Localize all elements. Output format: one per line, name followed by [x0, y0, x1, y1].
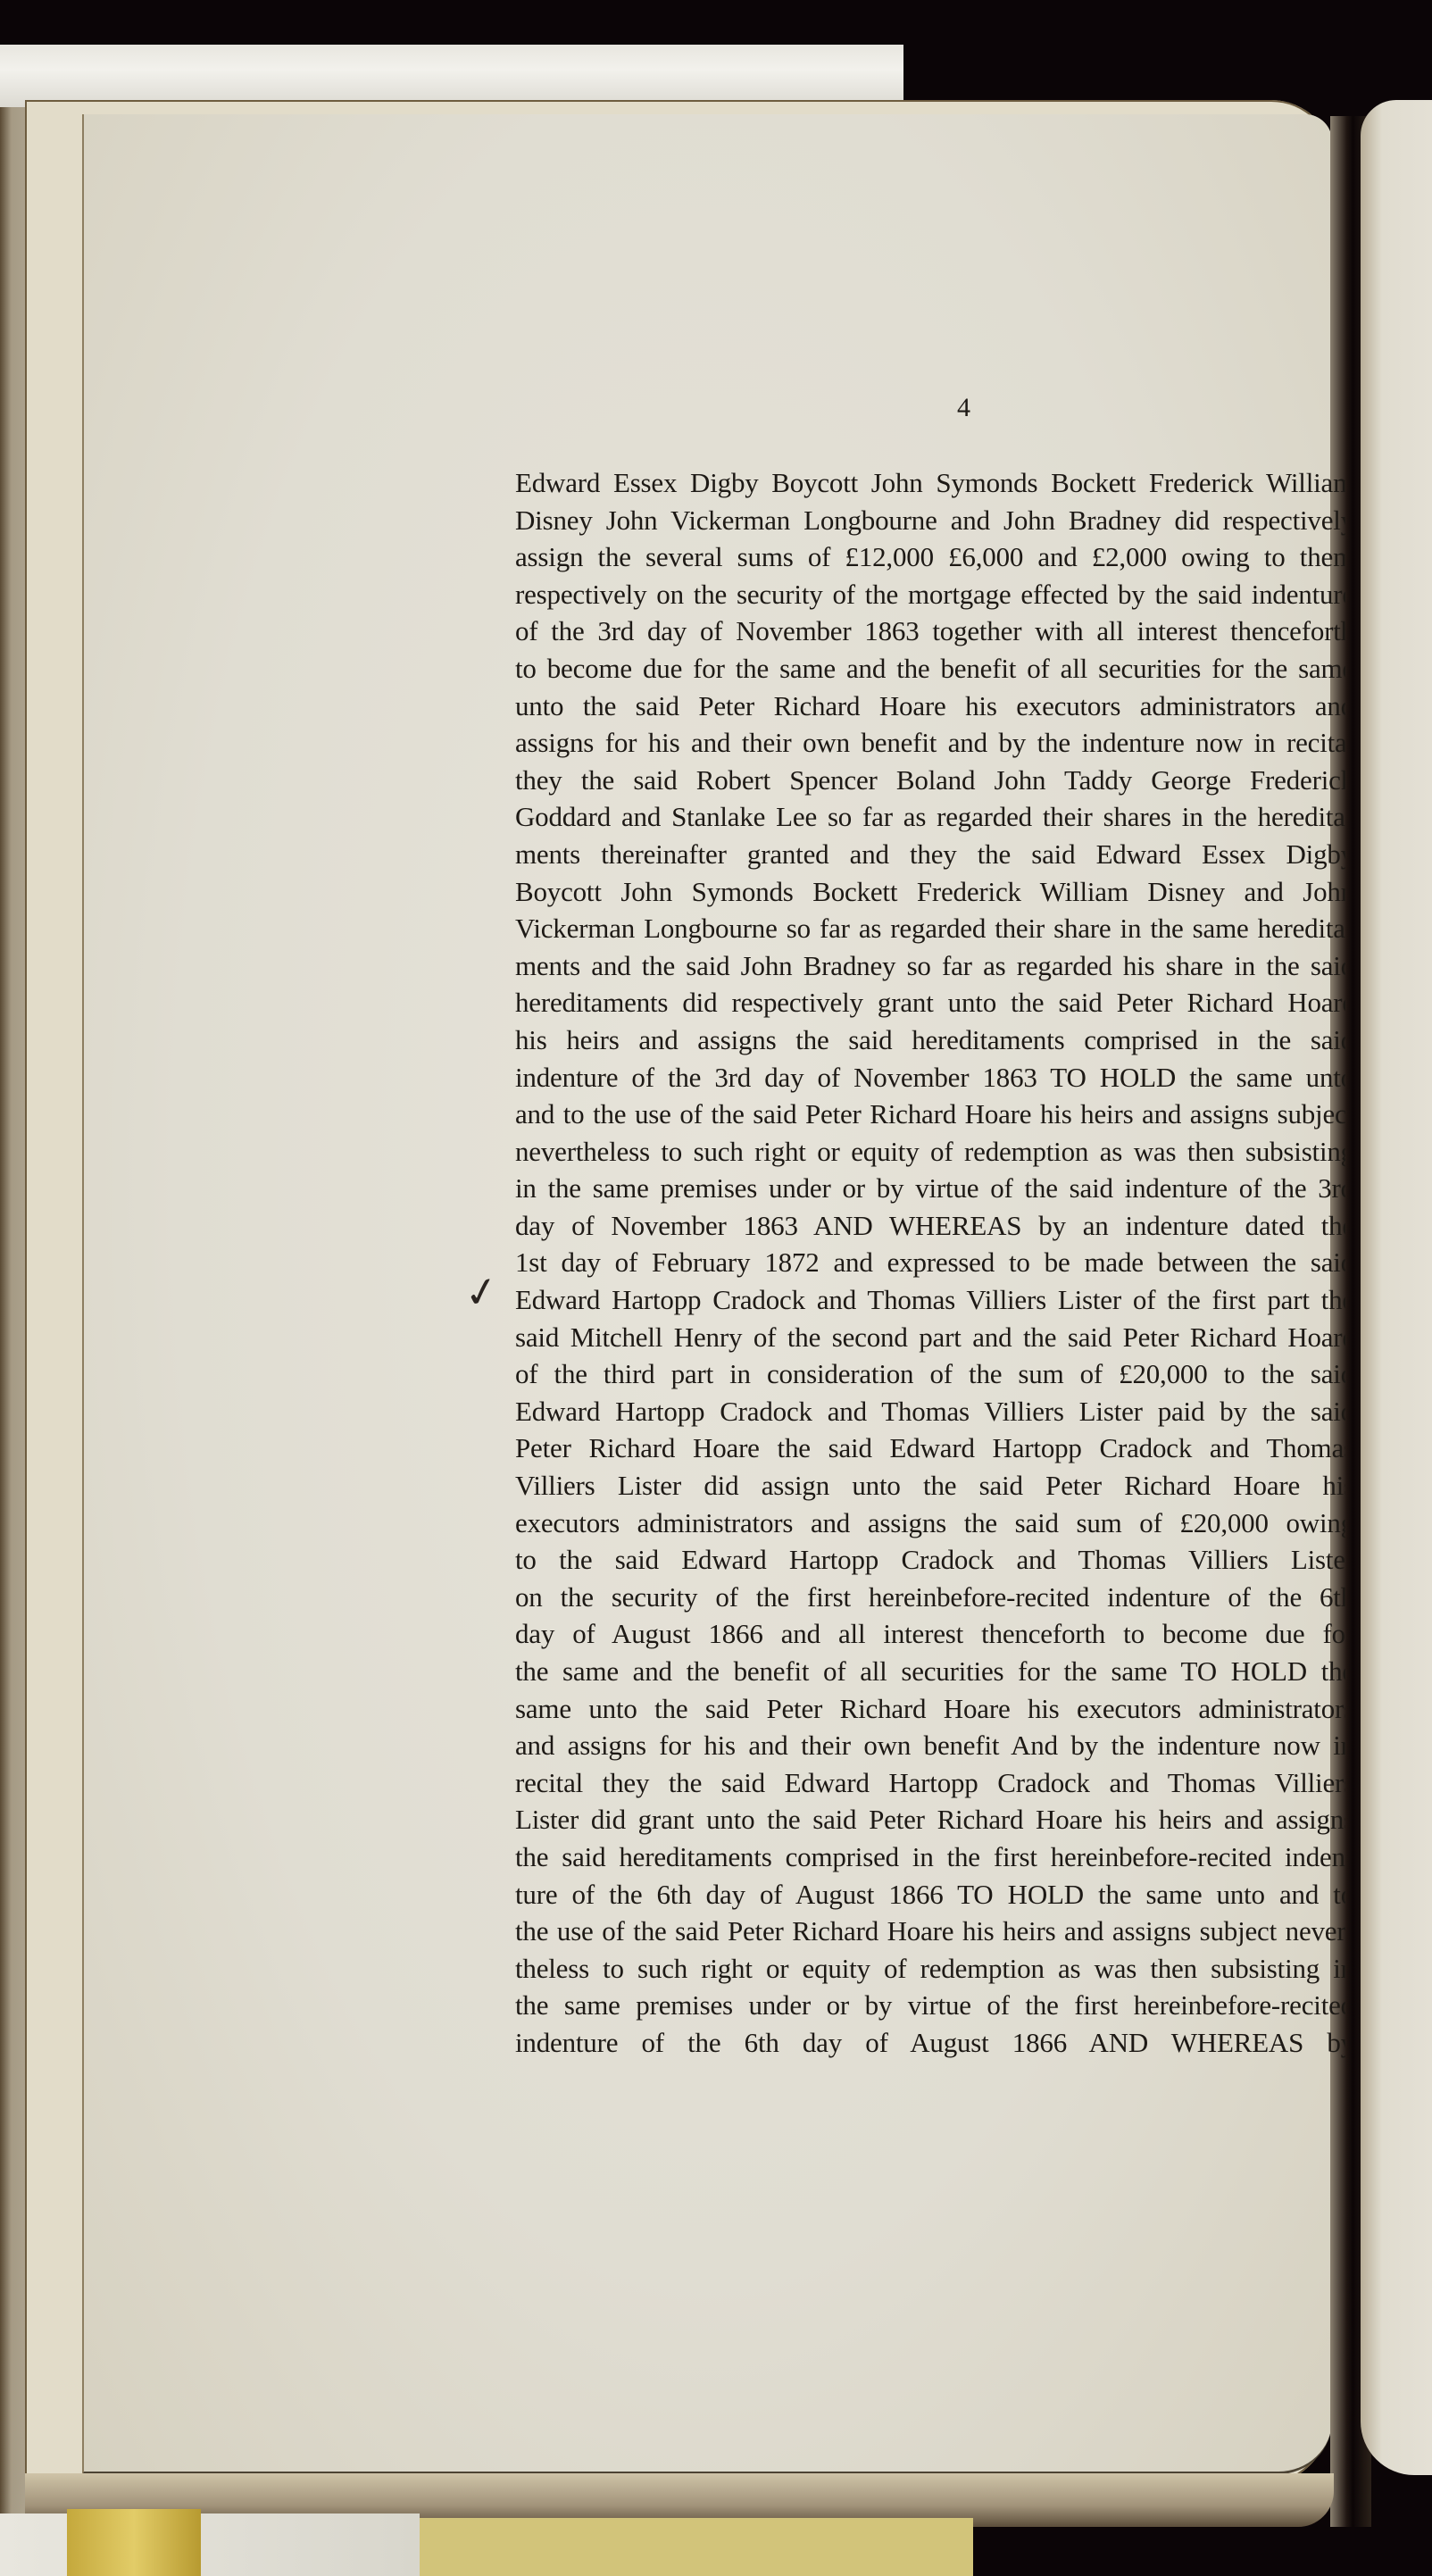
text-line: Boycott John Symonds Bockett Frederick W… — [515, 873, 1345, 911]
text-line: they the said Robert Spencer Boland John… — [515, 762, 1345, 799]
text-line: Edward Hartopp Cradock and Thomas Villie… — [515, 1393, 1345, 1430]
text-line: to the said Edward Hartopp Cradock and T… — [515, 1541, 1345, 1579]
text-line: the same and the benefit of all securiti… — [515, 1653, 1345, 1690]
text-line: of the third part in consideration of th… — [515, 1355, 1345, 1393]
text-line: his heirs and assigns the said hereditam… — [515, 1021, 1345, 1059]
text-line: nevertheless to such right or equity of … — [515, 1133, 1345, 1171]
text-line: of the 3rd day of November 1863 together… — [515, 613, 1345, 650]
text-line: indenture of the 3rd day of November 186… — [515, 1059, 1345, 1096]
text-line: ments thereinafter granted and they the … — [515, 836, 1345, 873]
text-line: the use of the said Peter Richard Hoare … — [515, 1913, 1345, 1950]
text-line: same unto the said Peter Richard Hoare h… — [515, 1690, 1345, 1728]
text-line: theless to such right or equity of redem… — [515, 1950, 1345, 1988]
text-line: respectively on the security of the mort… — [515, 576, 1345, 613]
text-line: Edward Essex Digby Boycott John Symonds … — [515, 464, 1345, 502]
text-line: and assigns for his and their own benefi… — [515, 1727, 1345, 1764]
text-line: hereditaments did respectively grant unt… — [515, 984, 1345, 1021]
text-line: day of November 1863 AND WHEREAS by an i… — [515, 1207, 1345, 1245]
text-line: Goddard and Stanlake Lee so far as regar… — [515, 798, 1345, 836]
text-line: Lister did grant unto the said Peter Ric… — [515, 1801, 1345, 1838]
text-line: 1st day of February 1872 and expressed t… — [515, 1244, 1345, 1281]
page-number: 4 — [957, 393, 970, 423]
text-line: Peter Richard Hoare the said Edward Hart… — [515, 1430, 1345, 1467]
text-line: in the same premises under or by virtue … — [515, 1170, 1345, 1207]
text-line: to become due for the same and the benef… — [515, 650, 1345, 688]
paper-slip-bottom — [0, 2513, 420, 2576]
text-line: the same premises under or by virtue of … — [515, 1987, 1345, 2024]
text-line: ments and the said John Bradney so far a… — [515, 947, 1345, 985]
facing-page-edge — [1361, 100, 1432, 2475]
text-line: indenture of the 6th day of August 1866 … — [515, 2024, 1345, 2062]
body-text: Edward Essex Digby Boycott John Symonds … — [515, 464, 1345, 2062]
text-line: said Mitchell Henry of the second part a… — [515, 1319, 1345, 1356]
text-line: Vickerman Longbourne so far as regarded … — [515, 910, 1345, 947]
text-line: the said hereditaments comprised in the … — [515, 1838, 1345, 1876]
text-line: executors administrators and assigns the… — [515, 1505, 1345, 1542]
yellow-tab — [420, 2518, 973, 2576]
text-line: assigns for his and their own benefit an… — [515, 724, 1345, 762]
text-line: unto the said Peter Richard Hoare his ex… — [515, 688, 1345, 725]
text-line: recital they the said Edward Hartopp Cra… — [515, 1764, 1345, 1802]
text-line: Edward Hartopp Cradock and Thomas Villie… — [515, 1281, 1345, 1319]
text-line: on the security of the first hereinbefor… — [515, 1579, 1345, 1616]
text-line: assign the several sums of £12,000 £6,00… — [515, 538, 1345, 576]
text-line: day of August 1866 and all interest then… — [515, 1615, 1345, 1653]
text-line: ture of the 6th day of August 1866 TO HO… — [515, 1876, 1345, 1913]
gold-tab — [67, 2509, 201, 2576]
text-line: and to the use of the said Peter Richard… — [515, 1096, 1345, 1133]
text-line: Villiers Lister did assign unto the said… — [515, 1467, 1345, 1505]
text-line: Disney John Vickerman Longbourne and Joh… — [515, 502, 1345, 539]
